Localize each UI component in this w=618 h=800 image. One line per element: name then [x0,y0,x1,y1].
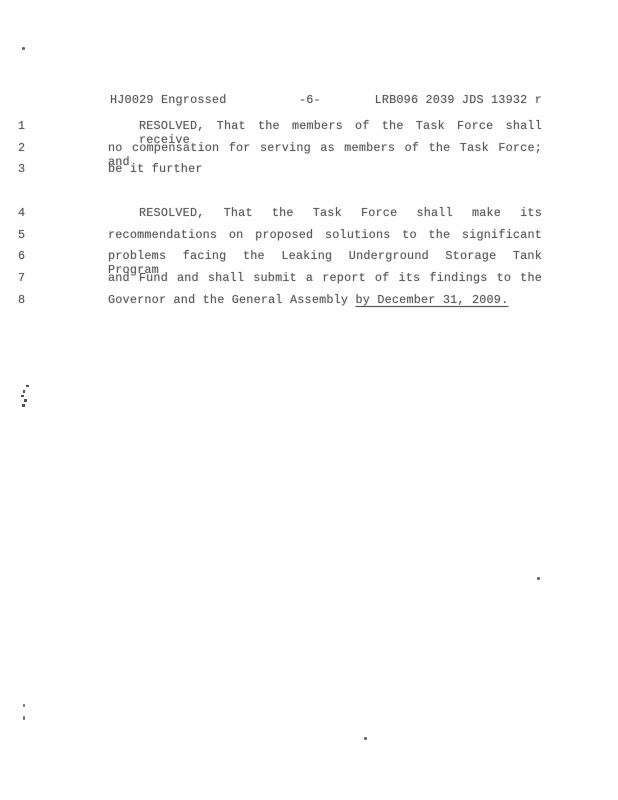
text-line: 6 problems facing the Leaking Undergroun… [0,249,618,265]
line-number: 7 [18,271,25,285]
line-number: 1 [18,119,25,133]
line-text-plain: Governor and the General Assembly [108,293,356,307]
line-text: Governor and the General Assembly by Dec… [108,293,542,307]
ink-speck [23,716,25,720]
page-header: HJ0029 Engrossed -6- LRB096 2039 JDS 139… [0,93,618,109]
ink-speck [22,47,25,50]
line-text: be it further [108,162,542,176]
text-line: 8 Governor and the General Assembly by D… [0,293,618,309]
bill-number-label: HJ0029 Engrossed [110,93,226,107]
line-number: 5 [18,228,25,242]
ink-speck [23,704,25,707]
lrb-reference: LRB096 2039 JDS 13932 r [375,93,542,107]
text-line: 3 be it further [0,162,618,178]
line-number: 4 [18,206,25,220]
text-line: 4 RESOLVED, That the Task Force shall ma… [0,206,618,222]
line-text: and Fund and shall submit a report of it… [108,271,542,285]
line-text: recommendations on proposed solutions to… [108,228,542,242]
line-number: 2 [18,141,25,155]
ink-speck [537,577,540,580]
text-line: 2 no compensation for serving as members… [0,141,618,157]
line-number: 3 [18,162,25,176]
page-number: -6- [299,93,321,107]
line-number: 6 [18,249,25,263]
text-line: 5 recommendations on proposed solutions … [0,228,618,244]
scanned-document-page: HJ0029 Engrossed -6- LRB096 2039 JDS 139… [0,0,618,800]
line-text: RESOLVED, That the Task Force shall make… [108,206,542,220]
underlined-date-text: by December 31, 2009. [356,293,509,307]
text-line: 7 and Fund and shall submit a report of … [0,271,618,287]
text-line: 1 RESOLVED, That the members of the Task… [0,119,618,135]
line-number: 8 [18,293,25,307]
ink-speck [364,737,367,740]
